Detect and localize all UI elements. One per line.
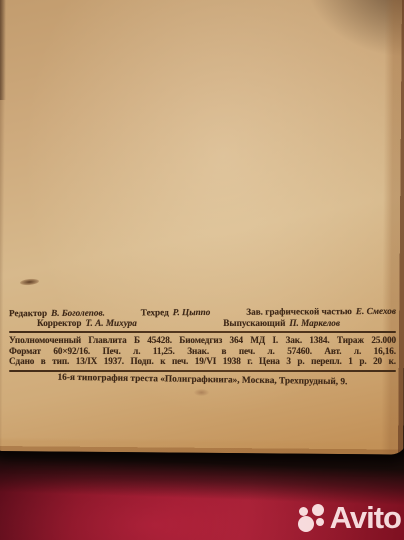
- avito-circle-small-bottom-right: [316, 518, 324, 526]
- avito-circles-icon: [295, 502, 328, 534]
- divider-rule-top: [9, 331, 396, 333]
- avito-brand-text: Avito: [330, 502, 401, 534]
- corrector-name: Т. А. Михура: [85, 318, 136, 328]
- editor-role: Редактор: [9, 308, 47, 318]
- techred-role: Техред: [141, 307, 169, 317]
- faint-smudge: [194, 389, 209, 396]
- corrector-role: Корректор: [37, 318, 81, 328]
- avito-circle-small-top-left: [299, 507, 308, 516]
- editor-entry: РедакторВ. Боголепов.: [9, 308, 105, 319]
- colophon-block: РедакторВ. Боголепов. ТехредР. Цыппо Зав…: [9, 307, 396, 385]
- graphics-head-role: Зав. графической частью: [246, 306, 352, 317]
- divider-rule-bottom: [9, 370, 396, 372]
- techred-entry: ТехредР. Цыппо: [141, 307, 211, 317]
- page-corner-shade: [0, 0, 6, 100]
- techred-name: Р. Цыппо: [173, 307, 211, 317]
- editors-row-2: КорректорТ. А. Михура ВыпускающийП. Марк…: [9, 317, 396, 328]
- avito-watermark: Avito: [295, 502, 401, 534]
- avito-circle-medium-top-right: [312, 504, 324, 516]
- avito-circle-large-bottom-left: [298, 516, 314, 532]
- producer-name: П. Маркелов: [289, 318, 340, 328]
- graphics-head-entry: Зав. графической частьюЕ. Смехов: [246, 306, 396, 317]
- graphics-head-name: Е. Смехов: [356, 306, 396, 316]
- producer-role: Выпускающий: [223, 318, 285, 328]
- corrector-entry: КорректорТ. А. Михура: [37, 318, 137, 328]
- producer-entry: ВыпускающийП. Маркелов: [223, 318, 340, 328]
- imprint-line: Формат 60×92/16. Печ. л. 11,25. Знак. в …: [9, 346, 396, 357]
- imprint-line: Сдано в тип. 13/IX 1937. Подп. к печ. 19…: [9, 356, 396, 367]
- book-photo-scene: РедакторВ. Боголепов. ТехредР. Цыппо Зав…: [0, 0, 404, 540]
- imprint-line: Уполномоченный Главлита Б 45428. Биомедг…: [9, 335, 396, 346]
- editor-name: В. Боголепов.: [51, 308, 105, 318]
- imprint-block: Уполномоченный Главлита Б 45428. Биомедг…: [9, 335, 396, 367]
